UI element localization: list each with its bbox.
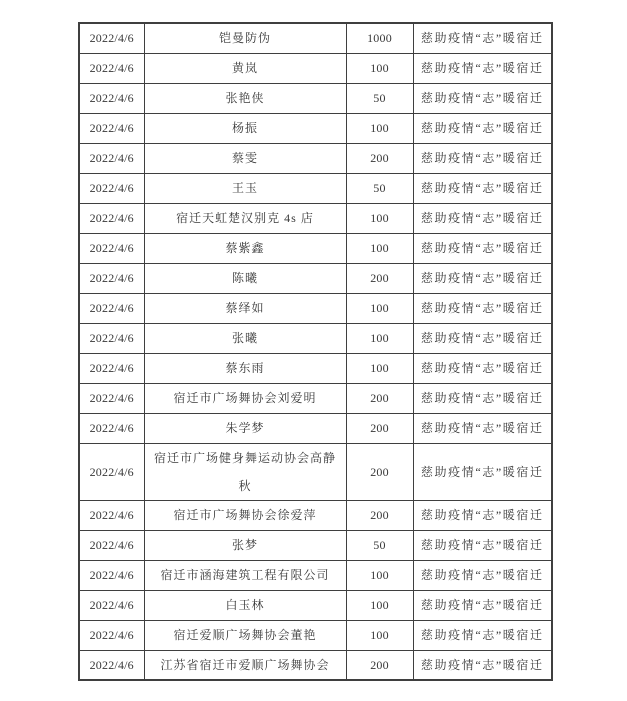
donation-date-cell: 2022/4/6	[79, 263, 144, 293]
donation-purpose-cell: 慈助疫情“志”暖宿迁	[413, 233, 552, 263]
donation-purpose-cell: 慈助疫情“志”暖宿迁	[413, 53, 552, 83]
table-row: 2022/4/6 陈曦 200 慈助疫情“志”暖宿迁	[79, 263, 552, 293]
donor-name-cell: 蔡东雨	[144, 353, 346, 383]
donation-records-table: 2022/4/6 铠曼防伪 1000 慈助疫情“志”暖宿迁 2022/4/6 黄…	[78, 22, 553, 681]
donation-purpose-cell: 慈助疫情“志”暖宿迁	[413, 173, 552, 203]
donor-name-cell: 宿迁市广场健身舞运动协会高静秋	[144, 443, 346, 500]
donor-name-cell: 张梦	[144, 530, 346, 560]
donation-amount-cell: 100	[346, 620, 413, 650]
table-row: 2022/4/6 蔡紫鑫 100 慈助疫情“志”暖宿迁	[79, 233, 552, 263]
donation-amount-cell: 100	[346, 293, 413, 323]
donation-purpose-cell: 慈助疫情“志”暖宿迁	[413, 203, 552, 233]
donation-amount-cell: 200	[346, 143, 413, 173]
donor-name-cell: 白玉林	[144, 590, 346, 620]
donor-name-cell: 杨振	[144, 113, 346, 143]
donation-date-cell: 2022/4/6	[79, 443, 144, 500]
donation-date-cell: 2022/4/6	[79, 143, 144, 173]
donor-name-cell: 宿迁市涵海建筑工程有限公司	[144, 560, 346, 590]
donor-name-cell: 宿迁市广场舞协会徐爱萍	[144, 500, 346, 530]
donation-table-body: 2022/4/6 铠曼防伪 1000 慈助疫情“志”暖宿迁 2022/4/6 黄…	[79, 23, 552, 680]
donation-date-cell: 2022/4/6	[79, 650, 144, 680]
donation-amount-cell: 100	[346, 53, 413, 83]
donor-name-cell: 蔡紫鑫	[144, 233, 346, 263]
donation-amount-cell: 50	[346, 83, 413, 113]
table-row: 2022/4/6 蔡绎如 100 慈助疫情“志”暖宿迁	[79, 293, 552, 323]
donation-date-cell: 2022/4/6	[79, 530, 144, 560]
donation-purpose-cell: 慈助疫情“志”暖宿迁	[413, 413, 552, 443]
table-row: 2022/4/6 张梦 50 慈助疫情“志”暖宿迁	[79, 530, 552, 560]
donation-purpose-cell: 慈助疫情“志”暖宿迁	[413, 263, 552, 293]
donation-purpose-cell: 慈助疫情“志”暖宿迁	[413, 443, 552, 500]
donation-date-cell: 2022/4/6	[79, 233, 144, 263]
donation-purpose-cell: 慈助疫情“志”暖宿迁	[413, 143, 552, 173]
donation-purpose-cell: 慈助疫情“志”暖宿迁	[413, 620, 552, 650]
donor-name-cell: 蔡雯	[144, 143, 346, 173]
donor-name-cell: 蔡绎如	[144, 293, 346, 323]
donation-date-cell: 2022/4/6	[79, 383, 144, 413]
donation-purpose-cell: 慈助疫情“志”暖宿迁	[413, 560, 552, 590]
donor-name-cell: 张曦	[144, 323, 346, 353]
donation-purpose-cell: 慈助疫情“志”暖宿迁	[413, 23, 552, 53]
donation-date-cell: 2022/4/6	[79, 323, 144, 353]
donation-purpose-cell: 慈助疫情“志”暖宿迁	[413, 83, 552, 113]
table-row: 2022/4/6 朱学梦 200 慈助疫情“志”暖宿迁	[79, 413, 552, 443]
donation-date-cell: 2022/4/6	[79, 83, 144, 113]
donation-purpose-cell: 慈助疫情“志”暖宿迁	[413, 293, 552, 323]
donation-date-cell: 2022/4/6	[79, 173, 144, 203]
donation-amount-cell: 200	[346, 263, 413, 293]
donation-amount-cell: 200	[346, 443, 413, 500]
donation-amount-cell: 200	[346, 413, 413, 443]
table-row: 2022/4/6 蔡雯 200 慈助疫情“志”暖宿迁	[79, 143, 552, 173]
donation-date-cell: 2022/4/6	[79, 500, 144, 530]
donation-purpose-cell: 慈助疫情“志”暖宿迁	[413, 323, 552, 353]
donor-name-cell: 王玉	[144, 173, 346, 203]
donation-date-cell: 2022/4/6	[79, 413, 144, 443]
donation-amount-cell: 50	[346, 530, 413, 560]
table-row: 2022/4/6 杨振 100 慈助疫情“志”暖宿迁	[79, 113, 552, 143]
donation-date-cell: 2022/4/6	[79, 113, 144, 143]
donation-purpose-cell: 慈助疫情“志”暖宿迁	[413, 113, 552, 143]
donor-name-cell: 宿迁市广场舞协会刘爱明	[144, 383, 346, 413]
donation-amount-cell: 1000	[346, 23, 413, 53]
donation-date-cell: 2022/4/6	[79, 560, 144, 590]
donation-purpose-cell: 慈助疫情“志”暖宿迁	[413, 353, 552, 383]
table-row: 2022/4/6 黄岚 100 慈助疫情“志”暖宿迁	[79, 53, 552, 83]
donor-name-cell: 张艳侠	[144, 83, 346, 113]
donation-amount-cell: 100	[346, 590, 413, 620]
donor-name-cell: 江苏省宿迁市爱顺广场舞协会	[144, 650, 346, 680]
donor-name-cell: 朱学梦	[144, 413, 346, 443]
table-row: 2022/4/6 江苏省宿迁市爱顺广场舞协会 200 慈助疫情“志”暖宿迁	[79, 650, 552, 680]
donation-purpose-cell: 慈助疫情“志”暖宿迁	[413, 530, 552, 560]
table-row: 2022/4/6 王玉 50 慈助疫情“志”暖宿迁	[79, 173, 552, 203]
table-row: 2022/4/6 蔡东雨 100 慈助疫情“志”暖宿迁	[79, 353, 552, 383]
donation-date-cell: 2022/4/6	[79, 53, 144, 83]
donor-name-cell: 宿迁天虹楚汉别克 4s 店	[144, 203, 346, 233]
donor-name-cell: 陈曦	[144, 263, 346, 293]
donation-amount-cell: 200	[346, 650, 413, 680]
donation-date-cell: 2022/4/6	[79, 23, 144, 53]
table-row: 2022/4/6 张曦 100 慈助疫情“志”暖宿迁	[79, 323, 552, 353]
donation-purpose-cell: 慈助疫情“志”暖宿迁	[413, 500, 552, 530]
donation-amount-cell: 100	[346, 323, 413, 353]
donation-amount-cell: 100	[346, 113, 413, 143]
donation-purpose-cell: 慈助疫情“志”暖宿迁	[413, 590, 552, 620]
table-row: 2022/4/6 宿迁市广场健身舞运动协会高静秋 200 慈助疫情“志”暖宿迁	[79, 443, 552, 500]
donation-amount-cell: 200	[346, 383, 413, 413]
table-row: 2022/4/6 宿迁市涵海建筑工程有限公司 100 慈助疫情“志”暖宿迁	[79, 560, 552, 590]
donation-date-cell: 2022/4/6	[79, 353, 144, 383]
donation-amount-cell: 50	[346, 173, 413, 203]
donor-name-cell: 宿迁爱顺广场舞协会董艳	[144, 620, 346, 650]
donation-date-cell: 2022/4/6	[79, 293, 144, 323]
donation-amount-cell: 100	[346, 353, 413, 383]
table-row: 2022/4/6 宿迁天虹楚汉别克 4s 店 100 慈助疫情“志”暖宿迁	[79, 203, 552, 233]
donation-date-cell: 2022/4/6	[79, 620, 144, 650]
table-row: 2022/4/6 铠曼防伪 1000 慈助疫情“志”暖宿迁	[79, 23, 552, 53]
table-row: 2022/4/6 白玉林 100 慈助疫情“志”暖宿迁	[79, 590, 552, 620]
donation-amount-cell: 100	[346, 203, 413, 233]
donation-amount-cell: 100	[346, 560, 413, 590]
donation-amount-cell: 100	[346, 233, 413, 263]
donation-purpose-cell: 慈助疫情“志”暖宿迁	[413, 383, 552, 413]
table-row: 2022/4/6 宿迁市广场舞协会徐爱萍 200 慈助疫情“志”暖宿迁	[79, 500, 552, 530]
donation-date-cell: 2022/4/6	[79, 203, 144, 233]
donation-purpose-cell: 慈助疫情“志”暖宿迁	[413, 650, 552, 680]
donation-date-cell: 2022/4/6	[79, 590, 144, 620]
donor-name-cell: 铠曼防伪	[144, 23, 346, 53]
donation-amount-cell: 200	[346, 500, 413, 530]
donor-name-cell: 黄岚	[144, 53, 346, 83]
document-page: 2022/4/6 铠曼防伪 1000 慈助疫情“志”暖宿迁 2022/4/6 黄…	[0, 0, 627, 701]
table-row: 2022/4/6 宿迁市广场舞协会刘爱明 200 慈助疫情“志”暖宿迁	[79, 383, 552, 413]
table-row: 2022/4/6 张艳侠 50 慈助疫情“志”暖宿迁	[79, 83, 552, 113]
table-row: 2022/4/6 宿迁爱顺广场舞协会董艳 100 慈助疫情“志”暖宿迁	[79, 620, 552, 650]
